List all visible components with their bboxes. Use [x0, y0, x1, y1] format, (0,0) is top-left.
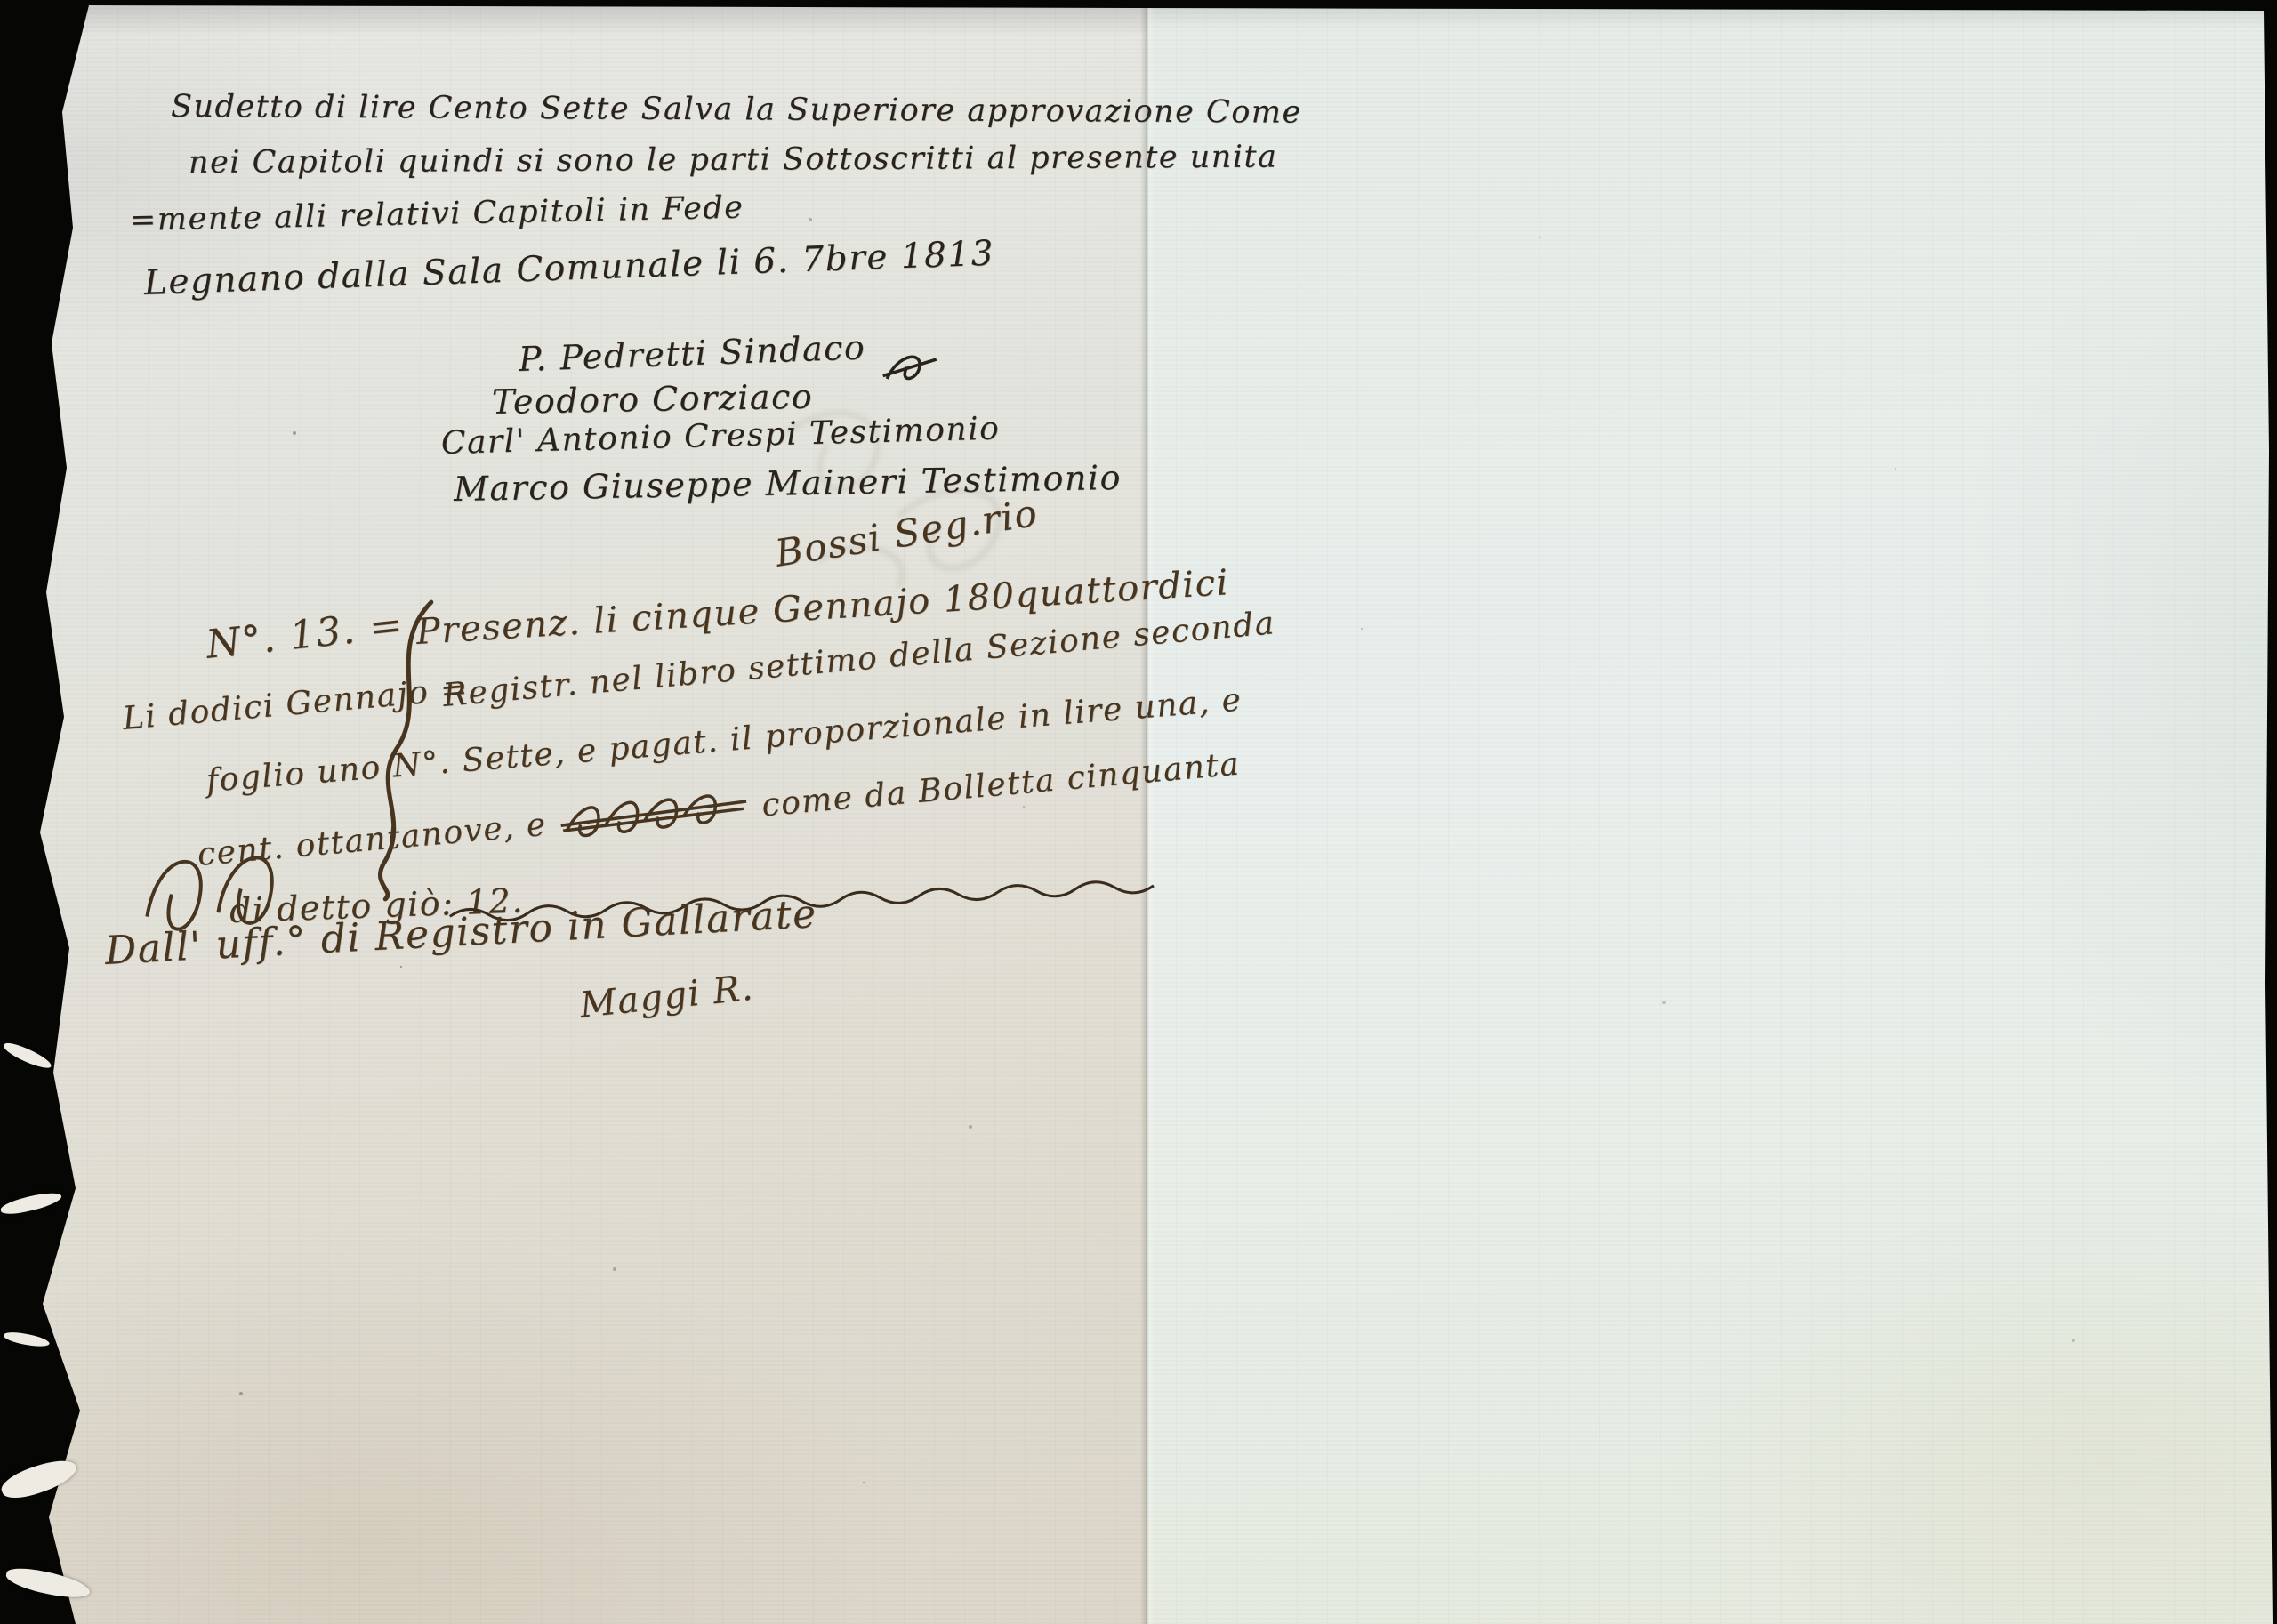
torn-edge-fiber: [3, 1331, 50, 1349]
page-fold-crease: [1140, 5, 1155, 1624]
paper-sheet: [27, 5, 2273, 1624]
body-line-2: nei Capitoli quindi si sono le parti Sot…: [189, 140, 1278, 181]
torn-edge-fiber: [0, 1189, 63, 1218]
right-page: [1147, 5, 2273, 1624]
body-line-1: Sudetto di lire Cento Sette Salva la Sup…: [171, 89, 1302, 131]
paper-specks: [27, 5, 28, 7]
signature-deputy: Teodoro Corziaco: [492, 377, 814, 422]
scanned-manuscript: Sudetto di lire Cento Sette Salva la Sup…: [0, 0, 2277, 1624]
torn-edge-fiber: [2, 1040, 54, 1072]
